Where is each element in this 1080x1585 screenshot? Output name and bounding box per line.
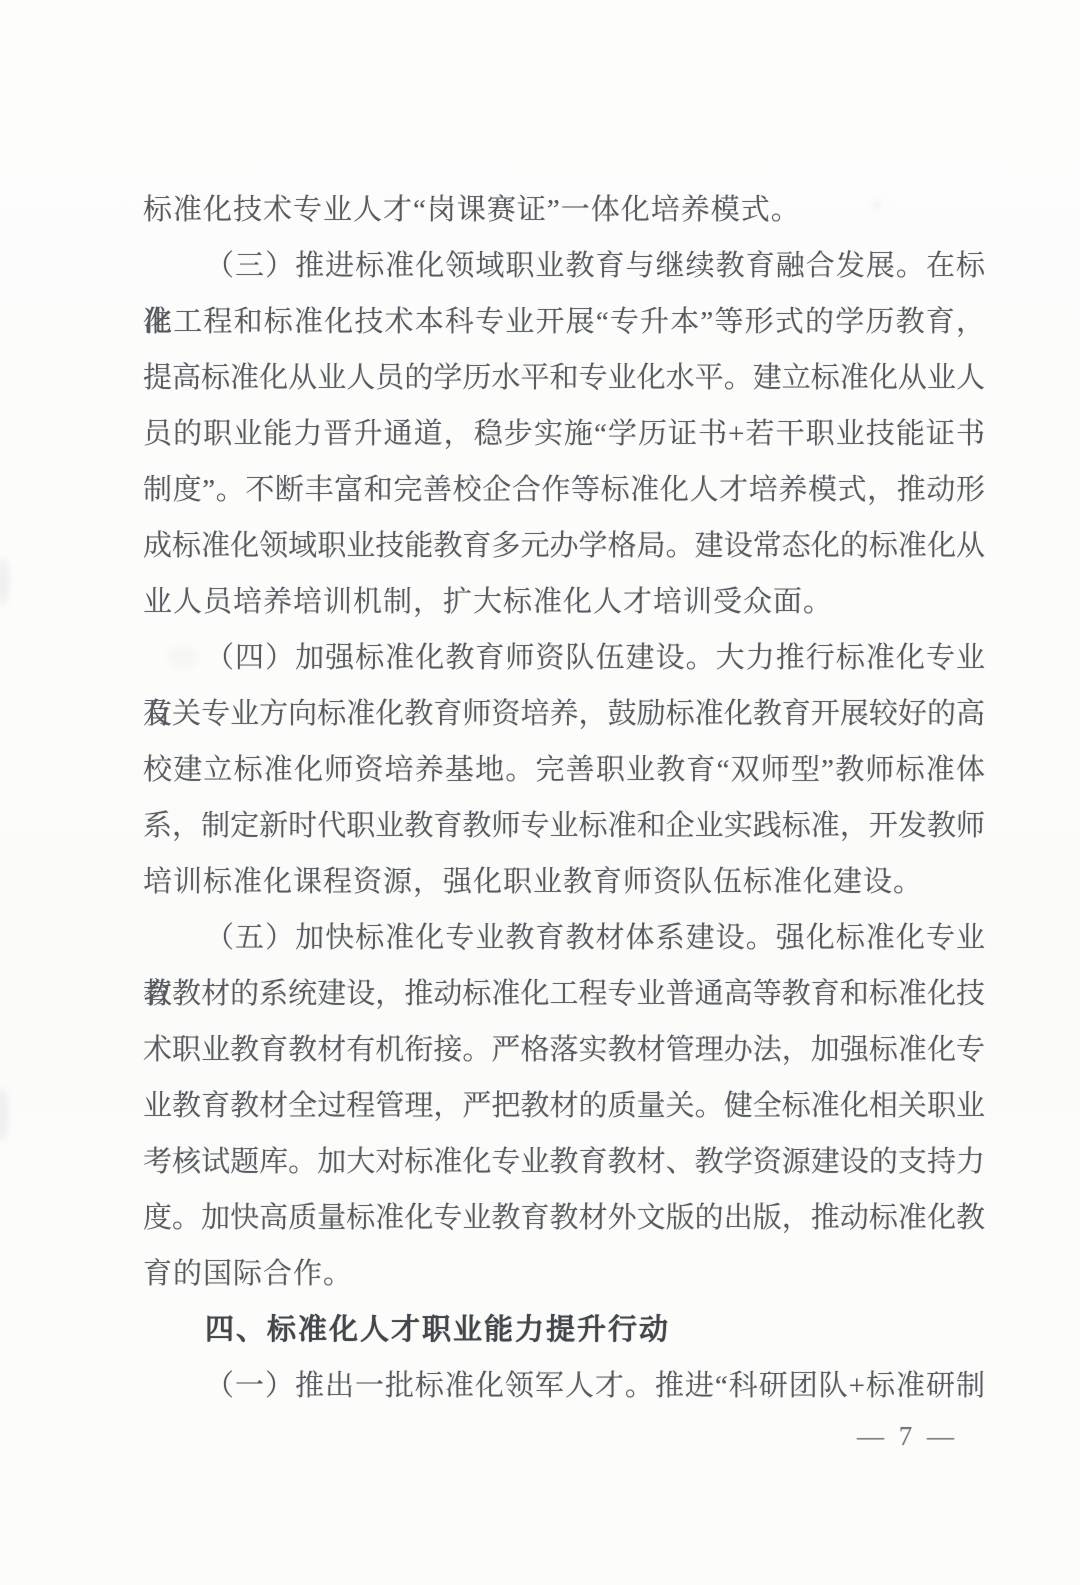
scan-smudge	[0, 558, 10, 604]
paragraph-end-line: 标准化技术专业人才“岗课赛证”一体化培养模式。	[143, 182, 985, 238]
paragraph-line: 提高标准化从业人员的学历水平和专业化水平。建立标准化从业人	[143, 350, 985, 406]
paragraph-line: 化工程和标准化技术本科专业开展“专升本”等形式的学历教育，	[143, 294, 985, 350]
text-block: 标准化技术专业人才“岗课赛证”一体化培养模式。 （三）推进标准化领域职业教育与继…	[143, 182, 985, 1414]
paragraph-line: 术职业教育教材有机衔接。严格落实教材管理办法，加强标准化专	[143, 1022, 985, 1078]
paragraph-start-line: （一）推出一批标准化领军人才。推进“科研团队+标准研制	[143, 1358, 985, 1414]
paragraph-line: 度。加快高质量标准化专业教育教材外文版的出版，推动标准化教	[143, 1190, 985, 1246]
paragraph-start-line: （四）加强标准化教育师资队伍建设。大力推行标准化专业及	[143, 630, 985, 686]
paragraph-line: 系，制定新时代职业教育教师专业标准和企业实践标准，开发教师	[143, 798, 985, 854]
paragraph-line: 成标准化领域职业技能教育多元办学格局。建设常态化的标准化从	[143, 518, 985, 574]
page-number: — 7 —	[857, 1408, 958, 1464]
paragraph-end-line: 业人员培养培训机制，扩大标准化人才培训受众面。	[143, 574, 985, 630]
section-heading: 四、标准化人才职业能力提升行动	[143, 1302, 985, 1358]
paragraph-line: 有关专业方向标准化教育师资培养，鼓励标准化教育开展较好的高	[143, 686, 985, 742]
paragraph-line: 育教材的系统建设，推动标准化工程专业普通高等教育和标准化技	[143, 966, 985, 1022]
paragraph-start-line: （五）加快标准化专业教育教材体系建设。强化标准化专业教	[143, 910, 985, 966]
paragraph-end-line: 培训标准化课程资源，强化职业教育师资队伍标准化建设。	[143, 854, 985, 910]
paragraph-start-line: （三）推进标准化领域职业教育与继续教育融合发展。在标准	[143, 238, 985, 294]
paragraph-line: 校建立标准化师资培养基地。完善职业教育“双师型”教师标准体	[143, 742, 985, 798]
paragraph-line: 员的职业能力晋升通道，稳步实施“学历证书+若干职业技能证书	[143, 406, 985, 462]
document-page: 标准化技术专业人才“岗课赛证”一体化培养模式。 （三）推进标准化领域职业教育与继…	[0, 0, 1080, 1585]
paragraph-end-line: 育的国际合作。	[143, 1246, 985, 1302]
paragraph-line: 制度”。不断丰富和完善校企合作等标准化人才培养模式，推动形	[143, 462, 985, 518]
scan-smudge	[0, 1088, 9, 1140]
paragraph-line: 考核试题库。加大对标准化专业教育教材、教学资源建设的支持力	[143, 1134, 985, 1190]
paragraph-line: 业教育教材全过程管理，严把教材的质量关。健全标准化相关职业	[143, 1078, 985, 1134]
